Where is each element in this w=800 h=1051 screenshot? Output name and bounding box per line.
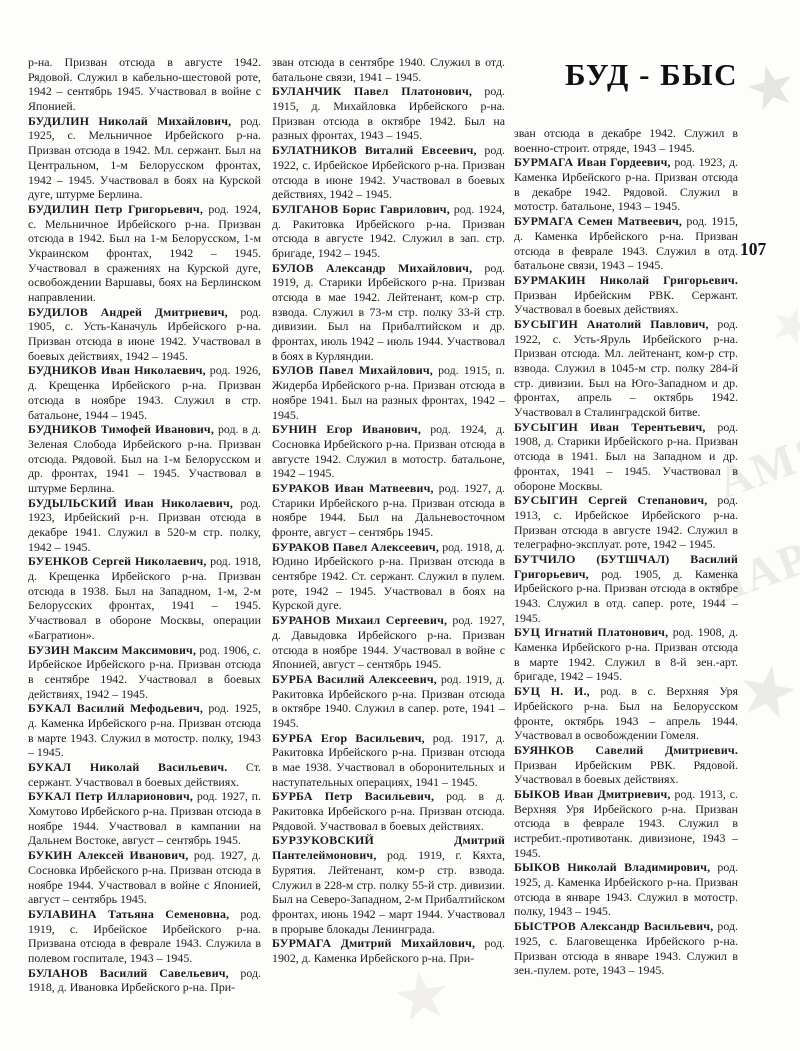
memorial-entry: БУЦ Н. И., род. в с. Верхняя Уря Ирбейск… — [514, 684, 738, 743]
entry-person-name: БУКАЛ Василий Мефодьевич, — [28, 701, 203, 715]
memorial-entry: БУСЫГИН Иван Терентьевич, род. 1908, д. … — [514, 420, 738, 493]
memorial-entry: БУСЫГИН Сергей Степанович, род. 1913, с.… — [514, 493, 738, 552]
entry-person-name: БУСЫГИН Сергей Степанович, — [514, 493, 707, 507]
entry-person-name: БУРМАГА Иван Гордеевич, — [514, 155, 671, 169]
column-2: зван отсюда в сентябре 1940. Служил в от… — [272, 55, 505, 1023]
entry-person-name: БУРБА Петр Васильевич, — [272, 789, 434, 803]
column-3: зван отсюда в декабре 1942. Служил в вое… — [514, 126, 738, 1023]
entry-person-name: БУКАЛ Николай Васильевич. — [28, 760, 227, 774]
entry-person-name: БУЛАНЧИК Павел Платонович, — [272, 84, 472, 98]
star-watermark-icon: ★ — [765, 295, 800, 356]
entry-biography-text: род. 1924, с. Мельничное Ирбейского р-на… — [28, 202, 261, 304]
entry-person-name: БУРМАГА Дмитрий Михайлович, — [272, 936, 475, 950]
entry-biography-text: род. 1922, с. Усть-Яруль Ирбейского р-на… — [514, 317, 738, 419]
memorial-entry: БУРАНОВ Михаил Сергеевич, род. 1927, д. … — [272, 613, 505, 672]
entry-continuation: р-на. Призван отсюда в августе 1942. Ряд… — [28, 55, 261, 114]
entry-person-name: БУРМАГА Семен Матвеевич, — [514, 214, 682, 228]
memorial-entry: БЫКОВ Николай Владимирович, род. 1925, д… — [514, 860, 738, 919]
memorial-entry: БУЛАВИНА Татьяна Семеновна, род. 1919, с… — [28, 907, 261, 966]
entry-person-name: БУКИН Алексей Иванович, — [28, 848, 188, 862]
entry-person-name: БУЯНКОВ Савелий Дмитриевич. — [514, 743, 738, 757]
entry-person-name: БУДНИКОВ Иван Николаевич, — [28, 363, 206, 377]
memorial-entry: БУЛОВ Павел Михайлович, род. 1915, п. Жи… — [272, 363, 505, 422]
entry-person-name: БУРБА Василий Алексеевич, — [272, 672, 437, 686]
entry-person-name: БУДИЛИН Петр Григорьевич, — [28, 202, 203, 216]
memorial-entry: БУТЧИЛО (БУТШЧАЛ) Василий Григорьевич, р… — [514, 552, 738, 625]
entry-person-name: БУДЫЛЬСКИЙ Иван Николаевич, — [28, 496, 233, 510]
memorial-entry: БУРАКОВ Павел Алексеевич, род. 1918, д. … — [272, 540, 505, 613]
memorial-entry: БУРМАГА Семен Матвеевич, род. 1915, д. К… — [514, 214, 738, 273]
memorial-entry: БУКИН Алексей Иванович, род. 1927, д. Со… — [28, 848, 261, 907]
memorial-entry: БУДИЛИН Николай Михайлович, род. 1925, с… — [28, 114, 261, 202]
entry-person-name: БУЦ Н. И., — [514, 684, 590, 698]
entry-person-name: БУЛАНОВ Василий Савельевич, — [28, 966, 229, 980]
memorial-entry: БУРЗУКОВСКИЙ Дмитрий Пантелеймонович, ро… — [272, 833, 505, 936]
memorial-entry: БУЕНКОВ Сергей Николаевич, род. 1918, д.… — [28, 554, 261, 642]
memorial-entry: БУЛГАНОВ Борис Гаврилович, род. 1924, д.… — [272, 202, 505, 261]
memorial-entry: БУКАЛ Василий Мефодьевич, род. 1925, д. … — [28, 701, 261, 760]
entry-biography-text: Призван Ирбейским РВК. Рядовой. Участвов… — [514, 758, 738, 787]
memorial-entry: БУДЫЛЬСКИЙ Иван Николаевич, род. 1923, И… — [28, 496, 261, 555]
memorial-entry: БУРБА Егор Васильевич, род. 1917, д. Рак… — [272, 731, 505, 790]
entry-person-name: БУЗИН Максим Максимович, — [28, 643, 196, 657]
memorial-entry: БУЗИН Максим Максимович, род. 1906, с. И… — [28, 643, 261, 702]
entry-person-name: БУЕНКОВ Сергей Николаевич, — [28, 554, 207, 568]
running-head: БУД - БЫС — [514, 57, 738, 93]
entry-person-name: БЫКОВ Николай Владимирович, — [514, 860, 710, 874]
entry-person-name: БУРБА Егор Васильевич, — [272, 731, 425, 745]
entry-person-name: БЫСТРОВ Александр Васильевич, — [514, 919, 713, 933]
memorial-entry: БУЛАНЧИК Павел Платонович, род. 1915, д.… — [272, 84, 505, 143]
memorial-entry: БУЦ Игнатий Платонович, род. 1908, д. Ка… — [514, 625, 738, 684]
page-number: 107 — [740, 239, 766, 260]
scanned-memorial-book-page: { "page": { "header": "БУД - БЫС", "page… — [0, 0, 800, 1051]
entry-biography-text: род. 1919, д. Старики Ирбейского р-на. П… — [272, 261, 505, 363]
entry-person-name: БУЦ Игнатий Платонович, — [514, 625, 668, 639]
memorial-entry: БЫКОВ Иван Дмитриевич, род. 1913, с. Вер… — [514, 787, 738, 860]
memorial-entry: БУЛАНОВ Василий Савельевич, род. 1918, д… — [28, 966, 261, 995]
entry-person-name: БУДИЛОВ Андрей Дмитриевич, — [28, 305, 228, 319]
entry-person-name: БУРМАКИН Николай Григорьевич. — [514, 273, 738, 287]
entry-biography-text: р-на. Призван отсюда в августе 1942. Ряд… — [28, 55, 261, 113]
memorial-entry: БУРМАГА Иван Гордеевич, род. 1923, д. Ка… — [514, 155, 738, 214]
memorial-entry: БУРАКОВ Иван Матвеевич, род. 1927, д. Ст… — [272, 481, 505, 540]
entry-person-name: БУЛОВ Александр Михайлович, — [272, 261, 472, 275]
memorial-entry: БУДНИКОВ Тимофей Иванович, род. в д. Зел… — [28, 422, 261, 495]
memorial-entry: БУРБА Петр Васильевич, род. в д. Ракитов… — [272, 789, 505, 833]
memorial-entry: БУЛАТНИКОВ Виталий Евсеевич, род. 1922, … — [272, 143, 505, 202]
star-watermark-icon: ★ — [734, 651, 800, 734]
memorial-entry: БУДНИКОВ Иван Николаевич, род. 1926, д. … — [28, 363, 261, 422]
memorial-entry: БЫСТРОВ Александр Васильевич, род. 1925,… — [514, 919, 738, 978]
memorial-entry: БУЯНКОВ Савелий Дмитриевич. Призван Ирбе… — [514, 743, 738, 787]
entry-person-name: БУЛАТНИКОВ Виталий Евсеевич, — [272, 143, 477, 157]
entry-person-name: БУДИЛИН Николай Михайлович, — [28, 114, 231, 128]
entry-continuation: зван отсюда в декабре 1942. Служил в вое… — [514, 126, 738, 155]
entry-biography-text: зван отсюда в сентябре 1940. Служил в от… — [272, 55, 505, 84]
entry-person-name: БУРАКОВ Иван Матвеевич, — [272, 481, 434, 495]
entry-biography-text: зван отсюда в декабре 1942. Служил в вое… — [514, 126, 738, 155]
memorial-entry: БУРМАГА Дмитрий Михайлович, род. 1902, д… — [272, 936, 505, 965]
star-watermark-icon: ★ — [741, 53, 800, 122]
memorial-entry: БУНИН Егор Иванович, род. 1924, д. Сосно… — [272, 422, 505, 481]
memorial-entry: БУЛОВ Александр Михайлович, род. 1919, д… — [272, 261, 505, 364]
entry-person-name: БУЛОВ Павел Михайлович, — [272, 363, 433, 377]
memorial-entry: БУСЫГИН Анатолий Павлович, род. 1922, с.… — [514, 317, 738, 420]
memorial-entry: БУКАЛ Николай Васильевич. Ст. сержант. У… — [28, 760, 261, 789]
entry-biography-text: Призван Ирбейским РВК. Сержант. Участвов… — [514, 288, 738, 317]
memorial-entry: БУДИЛОВ Андрей Дмитриевич, род. 1905, с.… — [28, 305, 261, 364]
entry-person-name: БУДНИКОВ Тимофей Иванович, — [28, 422, 214, 436]
entry-person-name: БУНИН Егор Иванович, — [272, 422, 421, 436]
entry-person-name: БЫКОВ Иван Дмитриевич, — [514, 787, 671, 801]
entry-person-name: БУЛАВИНА Татьяна Семеновна, — [28, 907, 229, 921]
entry-person-name: БУСЫГИН Иван Терентьевич, — [514, 420, 706, 434]
entry-person-name: БУСЫГИН Анатолий Павлович, — [514, 317, 709, 331]
entry-person-name: БУРАНОВ Михаил Сергеевич, — [272, 613, 447, 627]
memorial-entry: БУДИЛИН Петр Григорьевич, род. 1924, с. … — [28, 202, 261, 305]
memorial-entry: БУРМАКИН Николай Григорьевич. Призван Ир… — [514, 273, 738, 317]
entry-continuation: зван отсюда в сентябре 1940. Служил в от… — [272, 55, 505, 84]
memorial-entry: БУРБА Василий Алексеевич, род. 1919, д. … — [272, 672, 505, 731]
entry-person-name: БУЛГАНОВ Борис Гаврилович, — [272, 202, 450, 216]
memorial-entry: БУКАЛ Петр Илларионович, род. 1927, п. Х… — [28, 789, 261, 848]
column-1: р-на. Призван отсюда в августе 1942. Ряд… — [28, 55, 261, 1023]
entry-person-name: БУКАЛ Петр Илларионович, — [28, 789, 193, 803]
entry-person-name: БУРАКОВ Павел Алексеевич, — [272, 540, 439, 554]
